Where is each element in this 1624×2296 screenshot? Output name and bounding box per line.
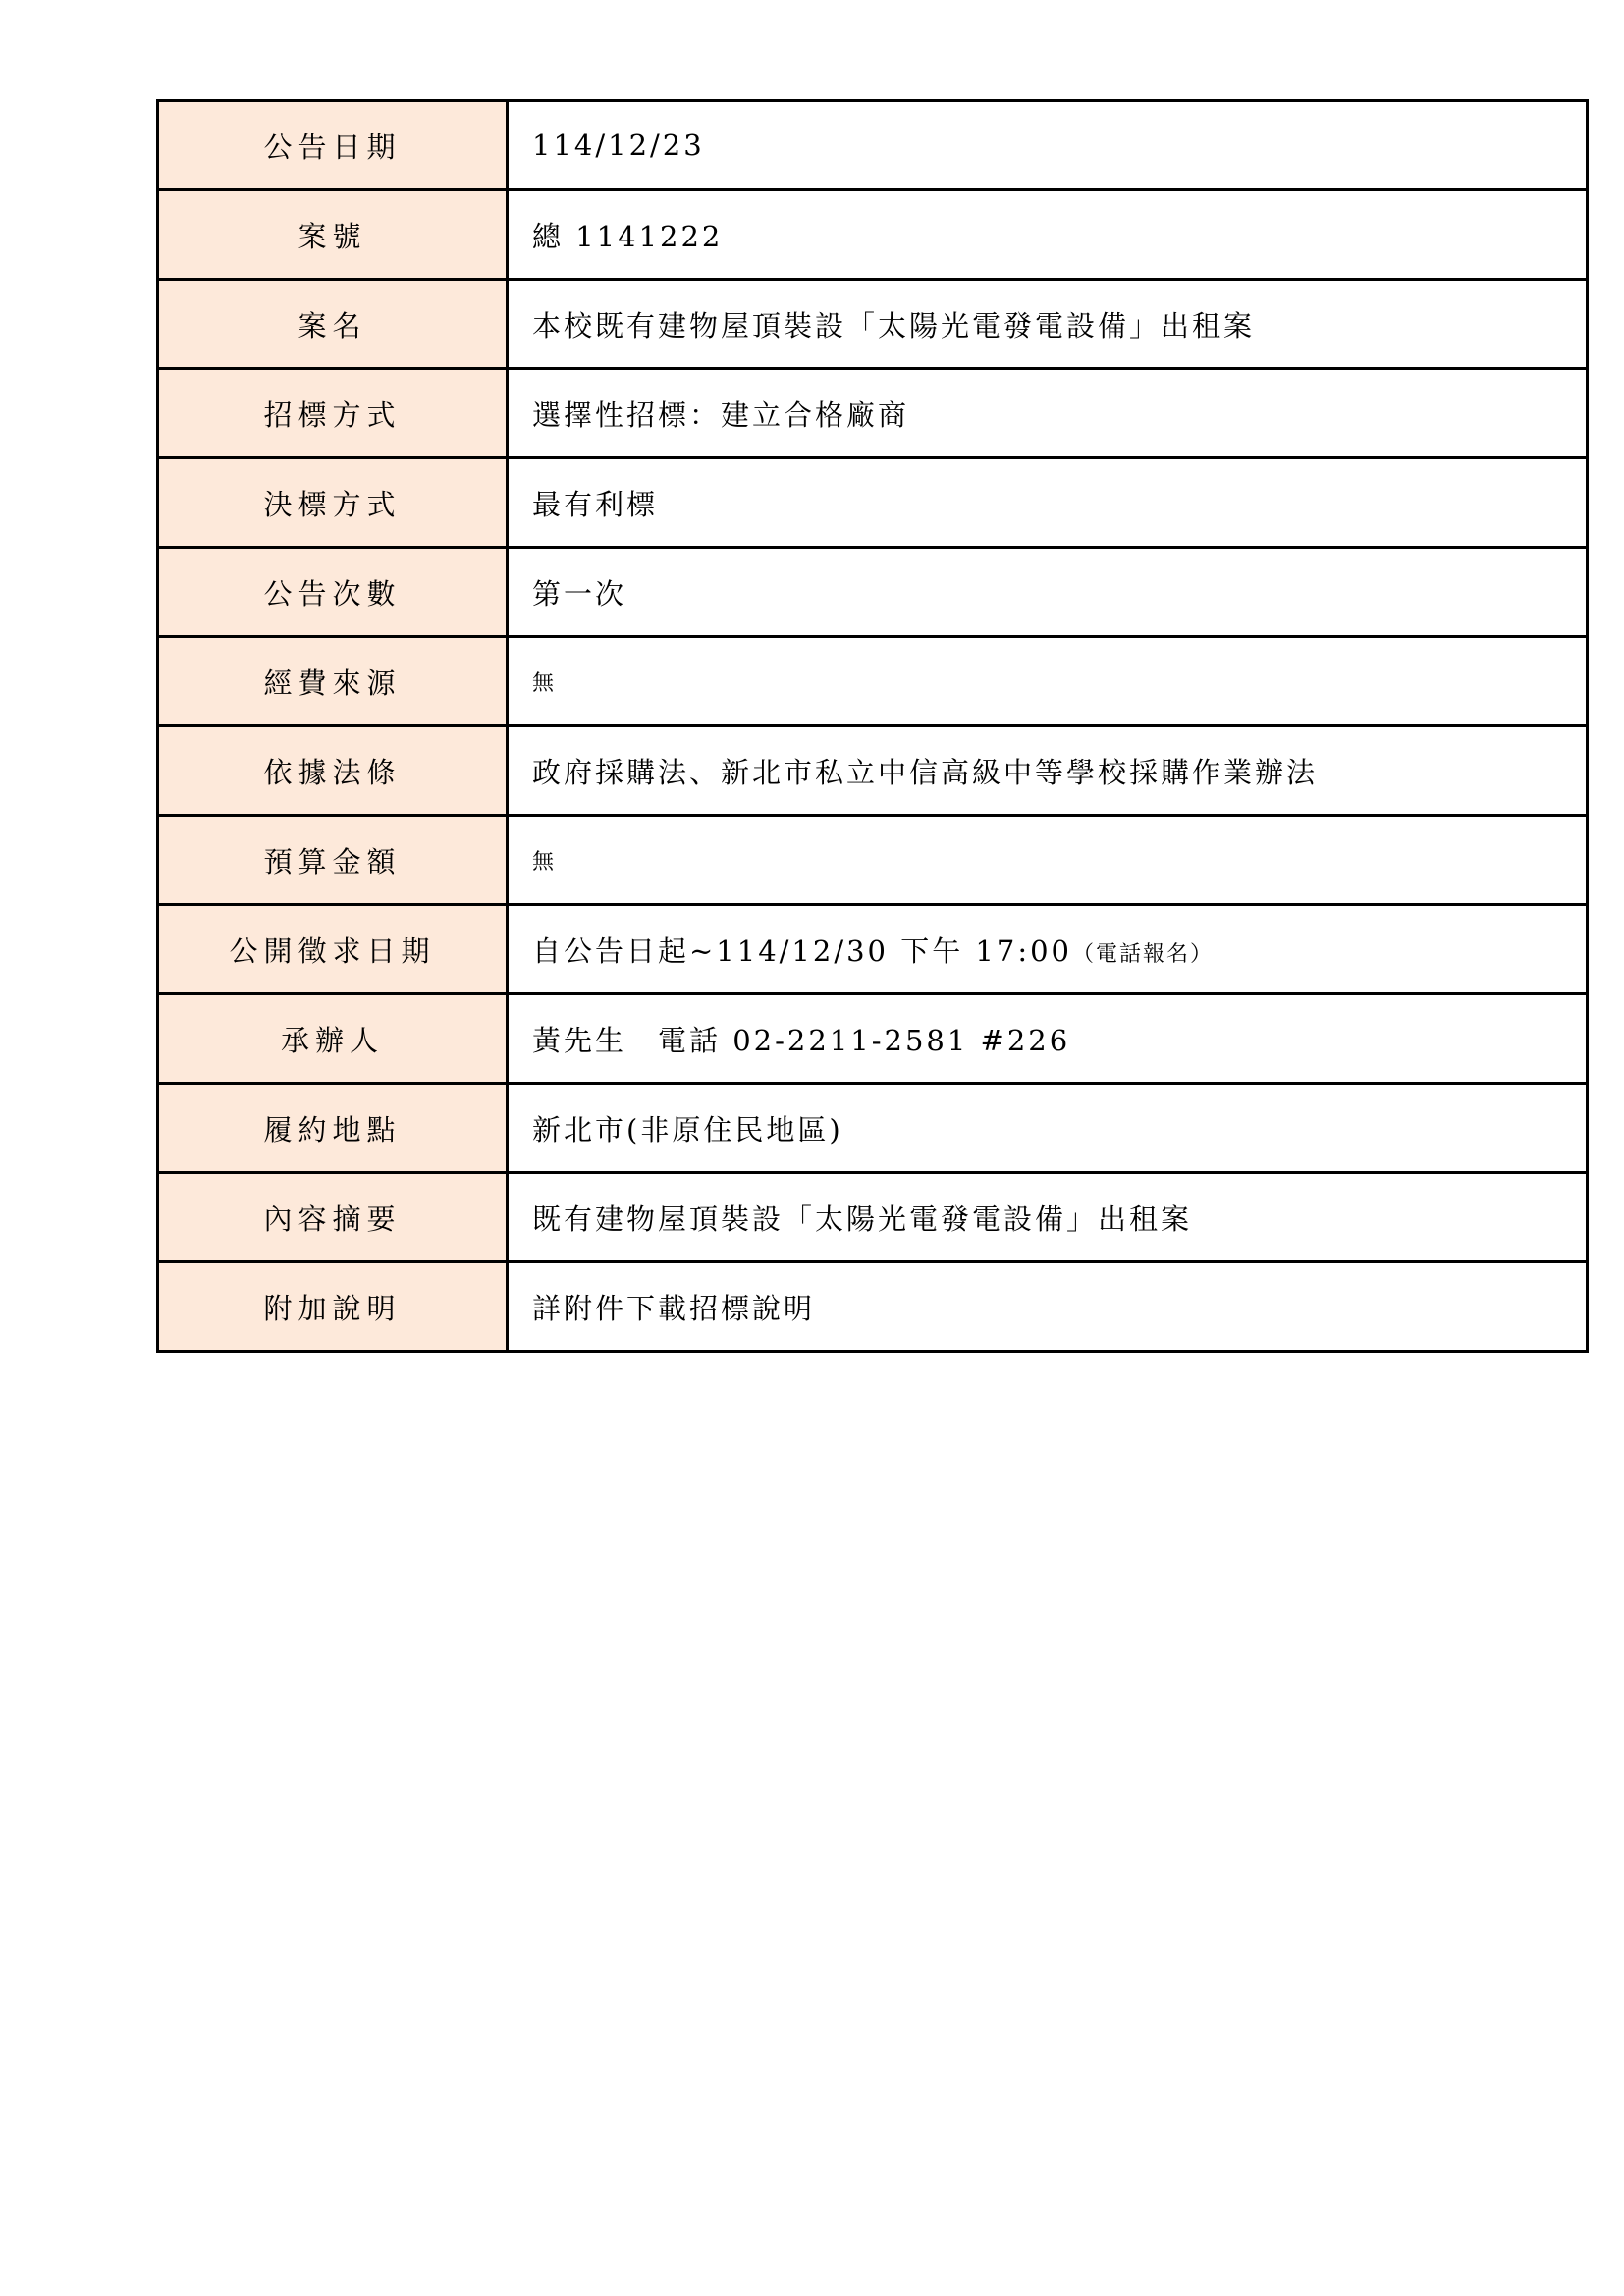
table-row: 內容摘要 既有建物屋頂裝設「太陽光電發電設備」出租案: [158, 1173, 1588, 1262]
row-value-content-summary: 既有建物屋頂裝設「太陽光電發電設備」出租案: [508, 1173, 1588, 1262]
row-label-additional-notes: 附加說明: [158, 1262, 508, 1352]
table-row: 依據法條 政府採購法、新北市私立中信高級中等學校採購作業辦法: [158, 726, 1588, 816]
row-label-performance-location: 履約地點: [158, 1084, 508, 1173]
row-value-contact-person: 黃先生 電話 02-2211-2581 #226: [508, 994, 1588, 1084]
row-value-funding-source: 無: [508, 637, 1588, 726]
row-label-announcement-date: 公告日期: [158, 101, 508, 190]
row-value-legal-basis: 政府採購法、新北市私立中信高級中等學校採購作業辦法: [508, 726, 1588, 816]
table-row: 公告次數 第一次: [158, 548, 1588, 637]
table-row: 經費來源 無: [158, 637, 1588, 726]
solicitation-period-text: 自公告日起~114/12/30 下午 17:00: [532, 934, 1072, 968]
table-row: 承辦人 黃先生 電話 02-2211-2581 #226: [158, 994, 1588, 1084]
row-label-contact-person: 承辦人: [158, 994, 508, 1084]
table-row: 公告日期 114/12/23: [158, 101, 1588, 190]
row-value-budget-amount: 無: [508, 816, 1588, 905]
row-label-announcement-count: 公告次數: [158, 548, 508, 637]
tender-notice-table: 公告日期 114/12/23 案號 總 1141222 案名 本校既有建物屋頂裝…: [156, 99, 1589, 1353]
row-label-tender-method: 招標方式: [158, 369, 508, 458]
row-label-award-method: 決標方式: [158, 458, 508, 548]
row-value-announcement-count: 第一次: [508, 548, 1588, 637]
row-value-award-method: 最有利標: [508, 458, 1588, 548]
registration-note: （電話報名）: [1072, 942, 1214, 967]
row-value-announcement-date: 114/12/23: [508, 101, 1588, 190]
table-row: 公開徵求日期 自公告日起~114/12/30 下午 17:00（電話報名）: [158, 905, 1588, 994]
row-value-performance-location: 新北市(非原住民地區): [508, 1084, 1588, 1173]
table-row: 案名 本校既有建物屋頂裝設「太陽光電發電設備」出租案: [158, 280, 1588, 369]
table-row: 決標方式 最有利標: [158, 458, 1588, 548]
row-value-tender-method: 選擇性招標：建立合格廠商: [508, 369, 1588, 458]
row-value-case-name: 本校既有建物屋頂裝設「太陽光電發電設備」出租案: [508, 280, 1588, 369]
row-label-solicitation-period: 公開徵求日期: [158, 905, 508, 994]
table-row: 履約地點 新北市(非原住民地區): [158, 1084, 1588, 1173]
row-label-content-summary: 內容摘要: [158, 1173, 508, 1262]
row-label-funding-source: 經費來源: [158, 637, 508, 726]
row-value-additional-notes: 詳附件下載招標說明: [508, 1262, 1588, 1352]
row-label-case-number: 案號: [158, 190, 508, 280]
row-label-budget-amount: 預算金額: [158, 816, 508, 905]
row-value-case-number: 總 1141222: [508, 190, 1588, 280]
table-row: 案號 總 1141222: [158, 190, 1588, 280]
table-row: 招標方式 選擇性招標：建立合格廠商: [158, 369, 1588, 458]
row-label-case-name: 案名: [158, 280, 508, 369]
row-label-legal-basis: 依據法條: [158, 726, 508, 816]
table-row: 附加說明 詳附件下載招標說明: [158, 1262, 1588, 1352]
row-value-solicitation-period: 自公告日起~114/12/30 下午 17:00（電話報名）: [508, 905, 1588, 994]
table-row: 預算金額 無: [158, 816, 1588, 905]
